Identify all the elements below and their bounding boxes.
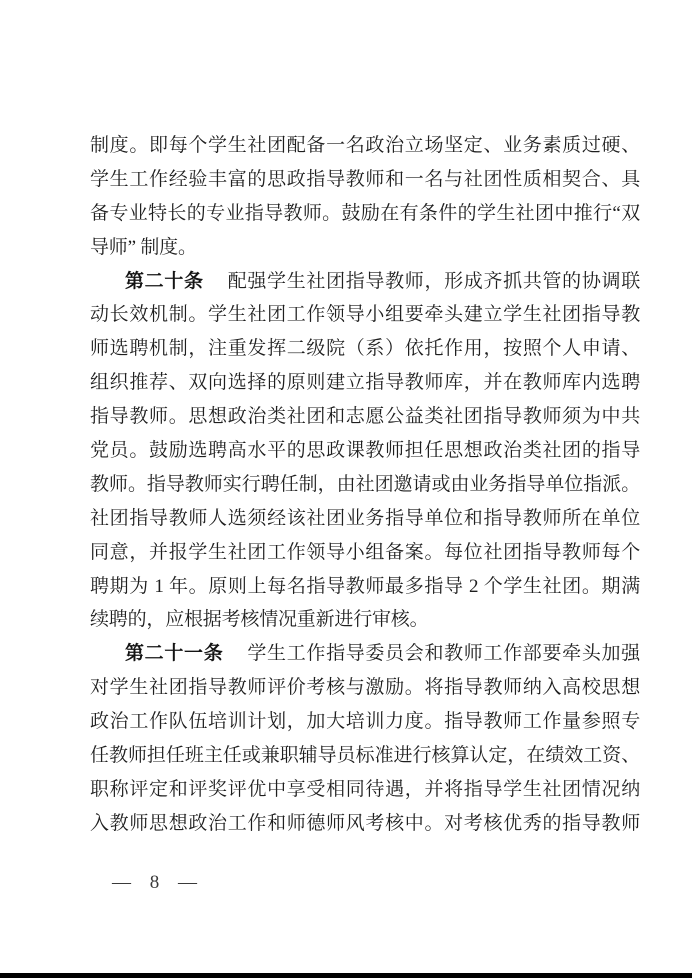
text-line: 对学生社团指导教师评价考核与激励。将指导教师纳入高校思想 [90, 671, 640, 705]
text-line: 制度。即每个学生社团配备一名政治立场坚定、业务素质过硬、 [90, 129, 640, 163]
text-line: 师选聘机制，注重发挥二级院（系）依托作用，按照个人申请、 [90, 332, 640, 366]
text-line: 政治工作队伍培训计划，加大培训力度。指导教师工作量参照专 [90, 705, 640, 739]
text-line: 备专业特长的专业指导教师。鼓励在有条件的学生社团中推行“双 [90, 197, 640, 231]
clause-20-first-line: 第二十条配强学生社团指导教师，形成齐抓共管的协调联 [90, 265, 640, 299]
text-line: 聘期为 1 年。原则上每名指导教师最多指导 2 个学生社团。期满 [90, 570, 640, 604]
clause-21-heading: 第二十一条 [125, 643, 223, 664]
text-line: 同意，并报学生社团工作领导小组备案。每位社团指导教师每个 [90, 536, 640, 570]
clause-20-text: 配强学生社团指导教师，形成齐抓共管的协调联 [228, 271, 640, 292]
text-line: 动长效机制。学生社团工作领导小组要牵头建立学生社团指导教 [90, 298, 640, 332]
clause-20-heading: 第二十条 [125, 271, 204, 292]
text-line: 组织推荐、双向选择的原则建立指导教师库，并在教师库内选聘 [90, 366, 640, 400]
text-line: 指导教师。思想政治类社团和志愿公益类社团指导教师须为中共 [90, 400, 640, 434]
text-line: 续聘的，应根据考核情况重新进行审核。 [90, 603, 640, 637]
page-number: — 8 — [112, 872, 204, 894]
text-line: 党员。鼓励选聘高水平的思政课教师担任思想政治类社团的指导 [90, 434, 640, 468]
text-line: 社团指导教师人选须经该社团业务指导单位和指导教师所在单位 [90, 502, 640, 536]
text-line: 导师” 制度。 [90, 231, 640, 265]
document-page: 制度。即每个学生社团配备一名政治立场坚定、业务素质过硬、 学生工作经验丰富的思政… [0, 0, 692, 979]
scan-bottom-edge [0, 973, 692, 978]
document-body: 制度。即每个学生社团配备一名政治立场坚定、业务素质过硬、 学生工作经验丰富的思政… [90, 129, 640, 841]
clause-21-first-line: 第二十一条学生工作指导委员会和教师工作部要牵头加强 [90, 637, 640, 671]
text-line: 职称评定和评奖评优中享受相同待遇，并将指导学生社团情况纳 [90, 773, 640, 807]
clause-21-text: 学生工作指导委员会和教师工作部要牵头加强 [247, 643, 640, 664]
text-line: 学生工作经验丰富的思政指导教师和一名与社团性质相契合、具 [90, 163, 640, 197]
text-line: 入教师思想政治工作和师德师风考核中。对考核优秀的指导教师 [90, 807, 640, 841]
text-line: 教师。指导教师实行聘任制，由社团邀请或由业务指导单位指派。 [90, 468, 640, 502]
text-line: 任教师担任班主任或兼职辅导员标准进行核算认定，在绩效工资、 [90, 739, 640, 773]
